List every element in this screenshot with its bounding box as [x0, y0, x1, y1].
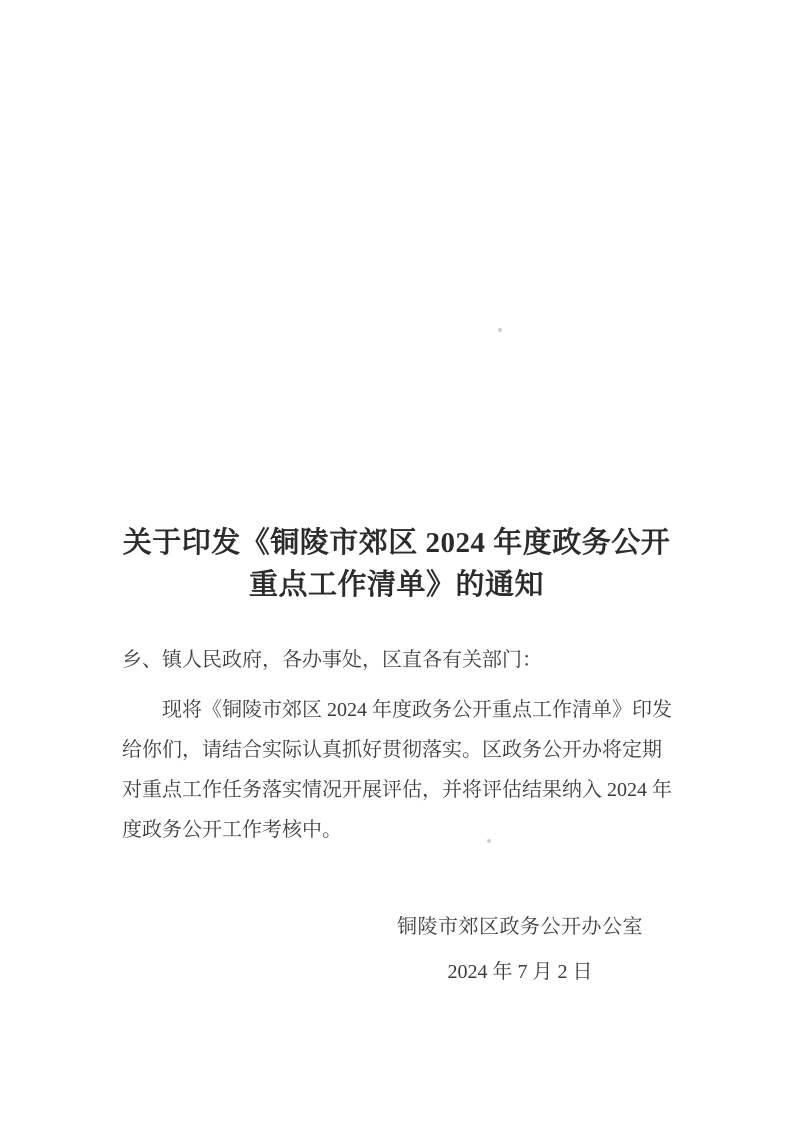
document-title: 关于印发《铜陵市郊区 2024 年度政务公开 重点工作清单》的通知	[0, 522, 793, 606]
salutation-line: 乡、镇人民政府，各办事处，区直各有关部门：	[122, 640, 682, 680]
paragraph-line-3: 对重点工作任务落实情况开展评估，并将评估结果纳入 2024 年	[122, 770, 674, 810]
signature-block: 铜陵市郊区政务公开办公室 2024 年 7 月 2 日	[397, 907, 643, 992]
scan-speck	[498, 328, 502, 332]
scan-speck	[487, 839, 491, 843]
signature-date: 2024 年 7 月 2 日	[397, 952, 643, 992]
title-line-2: 重点工作清单》的通知	[0, 564, 793, 606]
paragraph-line-2: 给你们，请结合实际认真抓好贯彻落实。区政务公开办将定期	[122, 730, 674, 770]
paragraph-line-4: 度政务公开工作考核中。	[122, 810, 674, 850]
scanned-document-page: 关于印发《铜陵市郊区 2024 年度政务公开 重点工作清单》的通知 乡、镇人民政…	[0, 0, 793, 1122]
signature-org: 铜陵市郊区政务公开办公室	[397, 907, 643, 947]
body-paragraph: 现将《铜陵市郊区 2024 年度政务公开重点工作清单》印发 给你们，请结合实际认…	[122, 690, 674, 850]
title-line-1: 关于印发《铜陵市郊区 2024 年度政务公开	[0, 522, 793, 564]
paragraph-line-1: 现将《铜陵市郊区 2024 年度政务公开重点工作清单》印发	[122, 690, 674, 730]
